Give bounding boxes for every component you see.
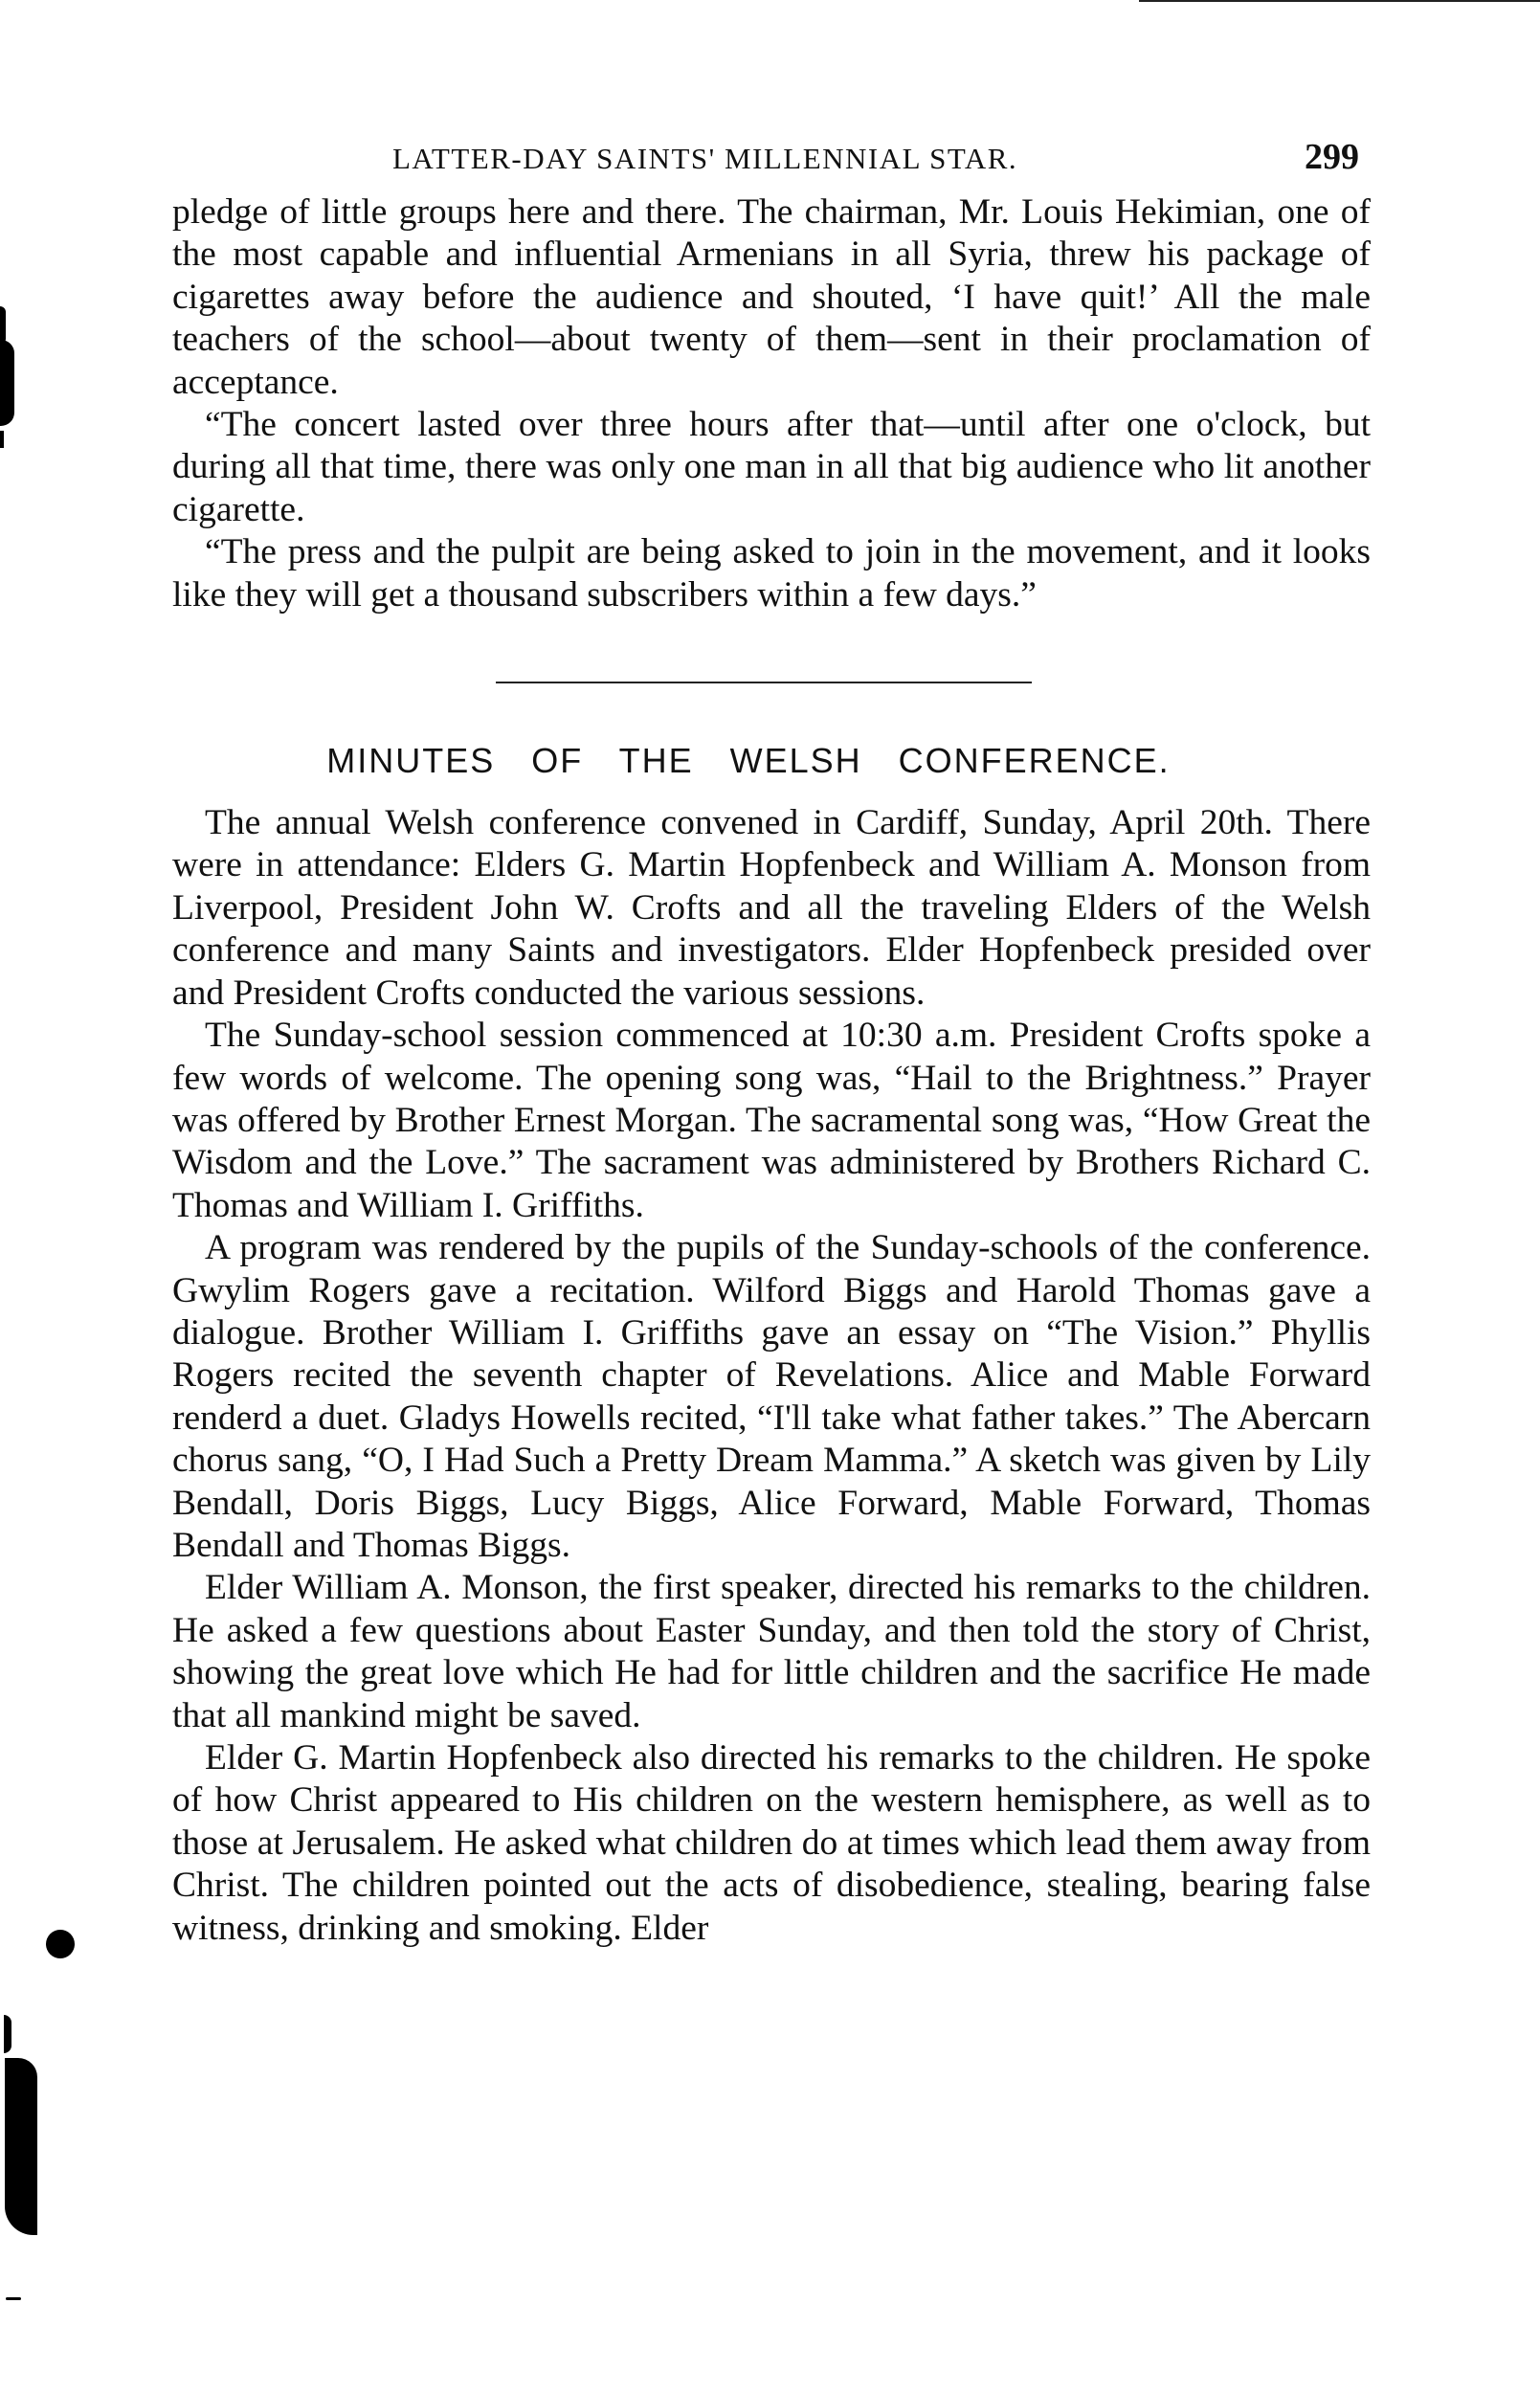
section-divider xyxy=(496,682,1032,683)
paragraph: A program was rendered by the pupils of … xyxy=(172,1227,1371,1567)
paragraph: The annual Welsh conference convened in … xyxy=(172,802,1371,1015)
continuation-text: pledge of little groups here and there. … xyxy=(172,191,1371,616)
page-number: 299 xyxy=(1305,136,1359,178)
section-body: The annual Welsh conference convened in … xyxy=(172,802,1371,1950)
book-page: LATTER-DAY SAINTS' MILLENNIAL STAR. 299 … xyxy=(172,134,1371,1950)
scan-artifact xyxy=(0,340,14,426)
paragraph: Elder G. Martin Hopfenbeck also directed… xyxy=(172,1737,1371,1950)
paragraph: “The press and the pulpit are being aske… xyxy=(172,531,1371,616)
running-header: LATTER-DAY SAINTS' MILLENNIAL STAR. 299 xyxy=(172,134,1371,191)
paragraph: pledge of little groups here and there. … xyxy=(172,191,1371,404)
scan-artifact xyxy=(0,306,6,345)
scan-artifact xyxy=(6,2297,21,2300)
section-title: MINUTES OF THE WELSH CONFERENCE. xyxy=(149,741,1348,781)
scan-artifact xyxy=(4,2015,11,2053)
scan-artifact xyxy=(5,2058,37,2235)
paragraph: The Sunday-school session commenced at 1… xyxy=(172,1015,1371,1227)
scan-artifact xyxy=(0,431,4,448)
scan-edge-rule xyxy=(1139,0,1540,2)
paragraph: “The concert lasted over three hours aft… xyxy=(172,404,1371,531)
scan-artifact xyxy=(46,1930,75,1958)
running-title: LATTER-DAY SAINTS' MILLENNIAL STAR. xyxy=(392,142,1017,176)
paragraph: Elder William A. Monson, the first speak… xyxy=(172,1567,1371,1737)
